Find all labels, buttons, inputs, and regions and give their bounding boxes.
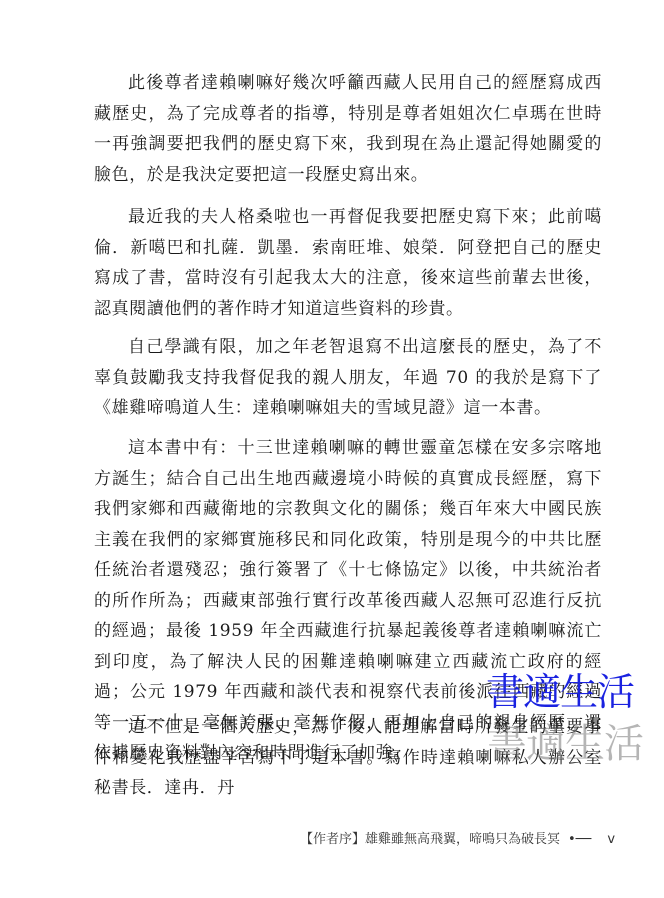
watermark-blue: 書適生活 (486, 672, 634, 712)
paragraph-1: 此後尊者達賴喇嘛好幾次呼籲西藏人民用自己的經歷寫成西藏歷史，為了完成尊者的指導，… (94, 68, 602, 190)
paragraph-3: 自己學識有限，加之年老智退寫不出這麼長的歷史，為了不辜負鼓勵我支持我督促我的親人… (94, 332, 602, 424)
paragraph-1-wrap: 此後尊者達賴喇嘛好幾次呼籲西藏人民用自己的經歷寫成西藏歷史，為了完成尊者的指導，… (94, 68, 602, 214)
paragraph-2: 最近我的夫人格桑啦也一再督促我要把歷史寫下來；此前噶倫．新噶巴和扎薩．凱墨．索南… (94, 202, 602, 324)
page-footer: 【作者序】雄雞雖無高飛翼，啼鳴只為破長冥•──v (300, 828, 615, 847)
page-number: v (607, 832, 615, 847)
paragraph-2-wrap: 最近我的夫人格桑啦也一再督促我要把歷史寫下來；此前噶倫．新噶巴和扎薩．凱墨．索南… (94, 202, 602, 348)
running-title: 【作者序】雄雞雖無高飛翼，啼鳴只為破長冥 (300, 832, 560, 847)
paragraph-3-wrap: 自己學識有限，加之年老智退寫不出這麼長的歷史，為了不辜負鼓勵我支持我督促我的親人… (94, 332, 602, 448)
watermark-gray: 書適生活 (487, 723, 643, 765)
footer-dash-ornament: •── (568, 832, 591, 847)
